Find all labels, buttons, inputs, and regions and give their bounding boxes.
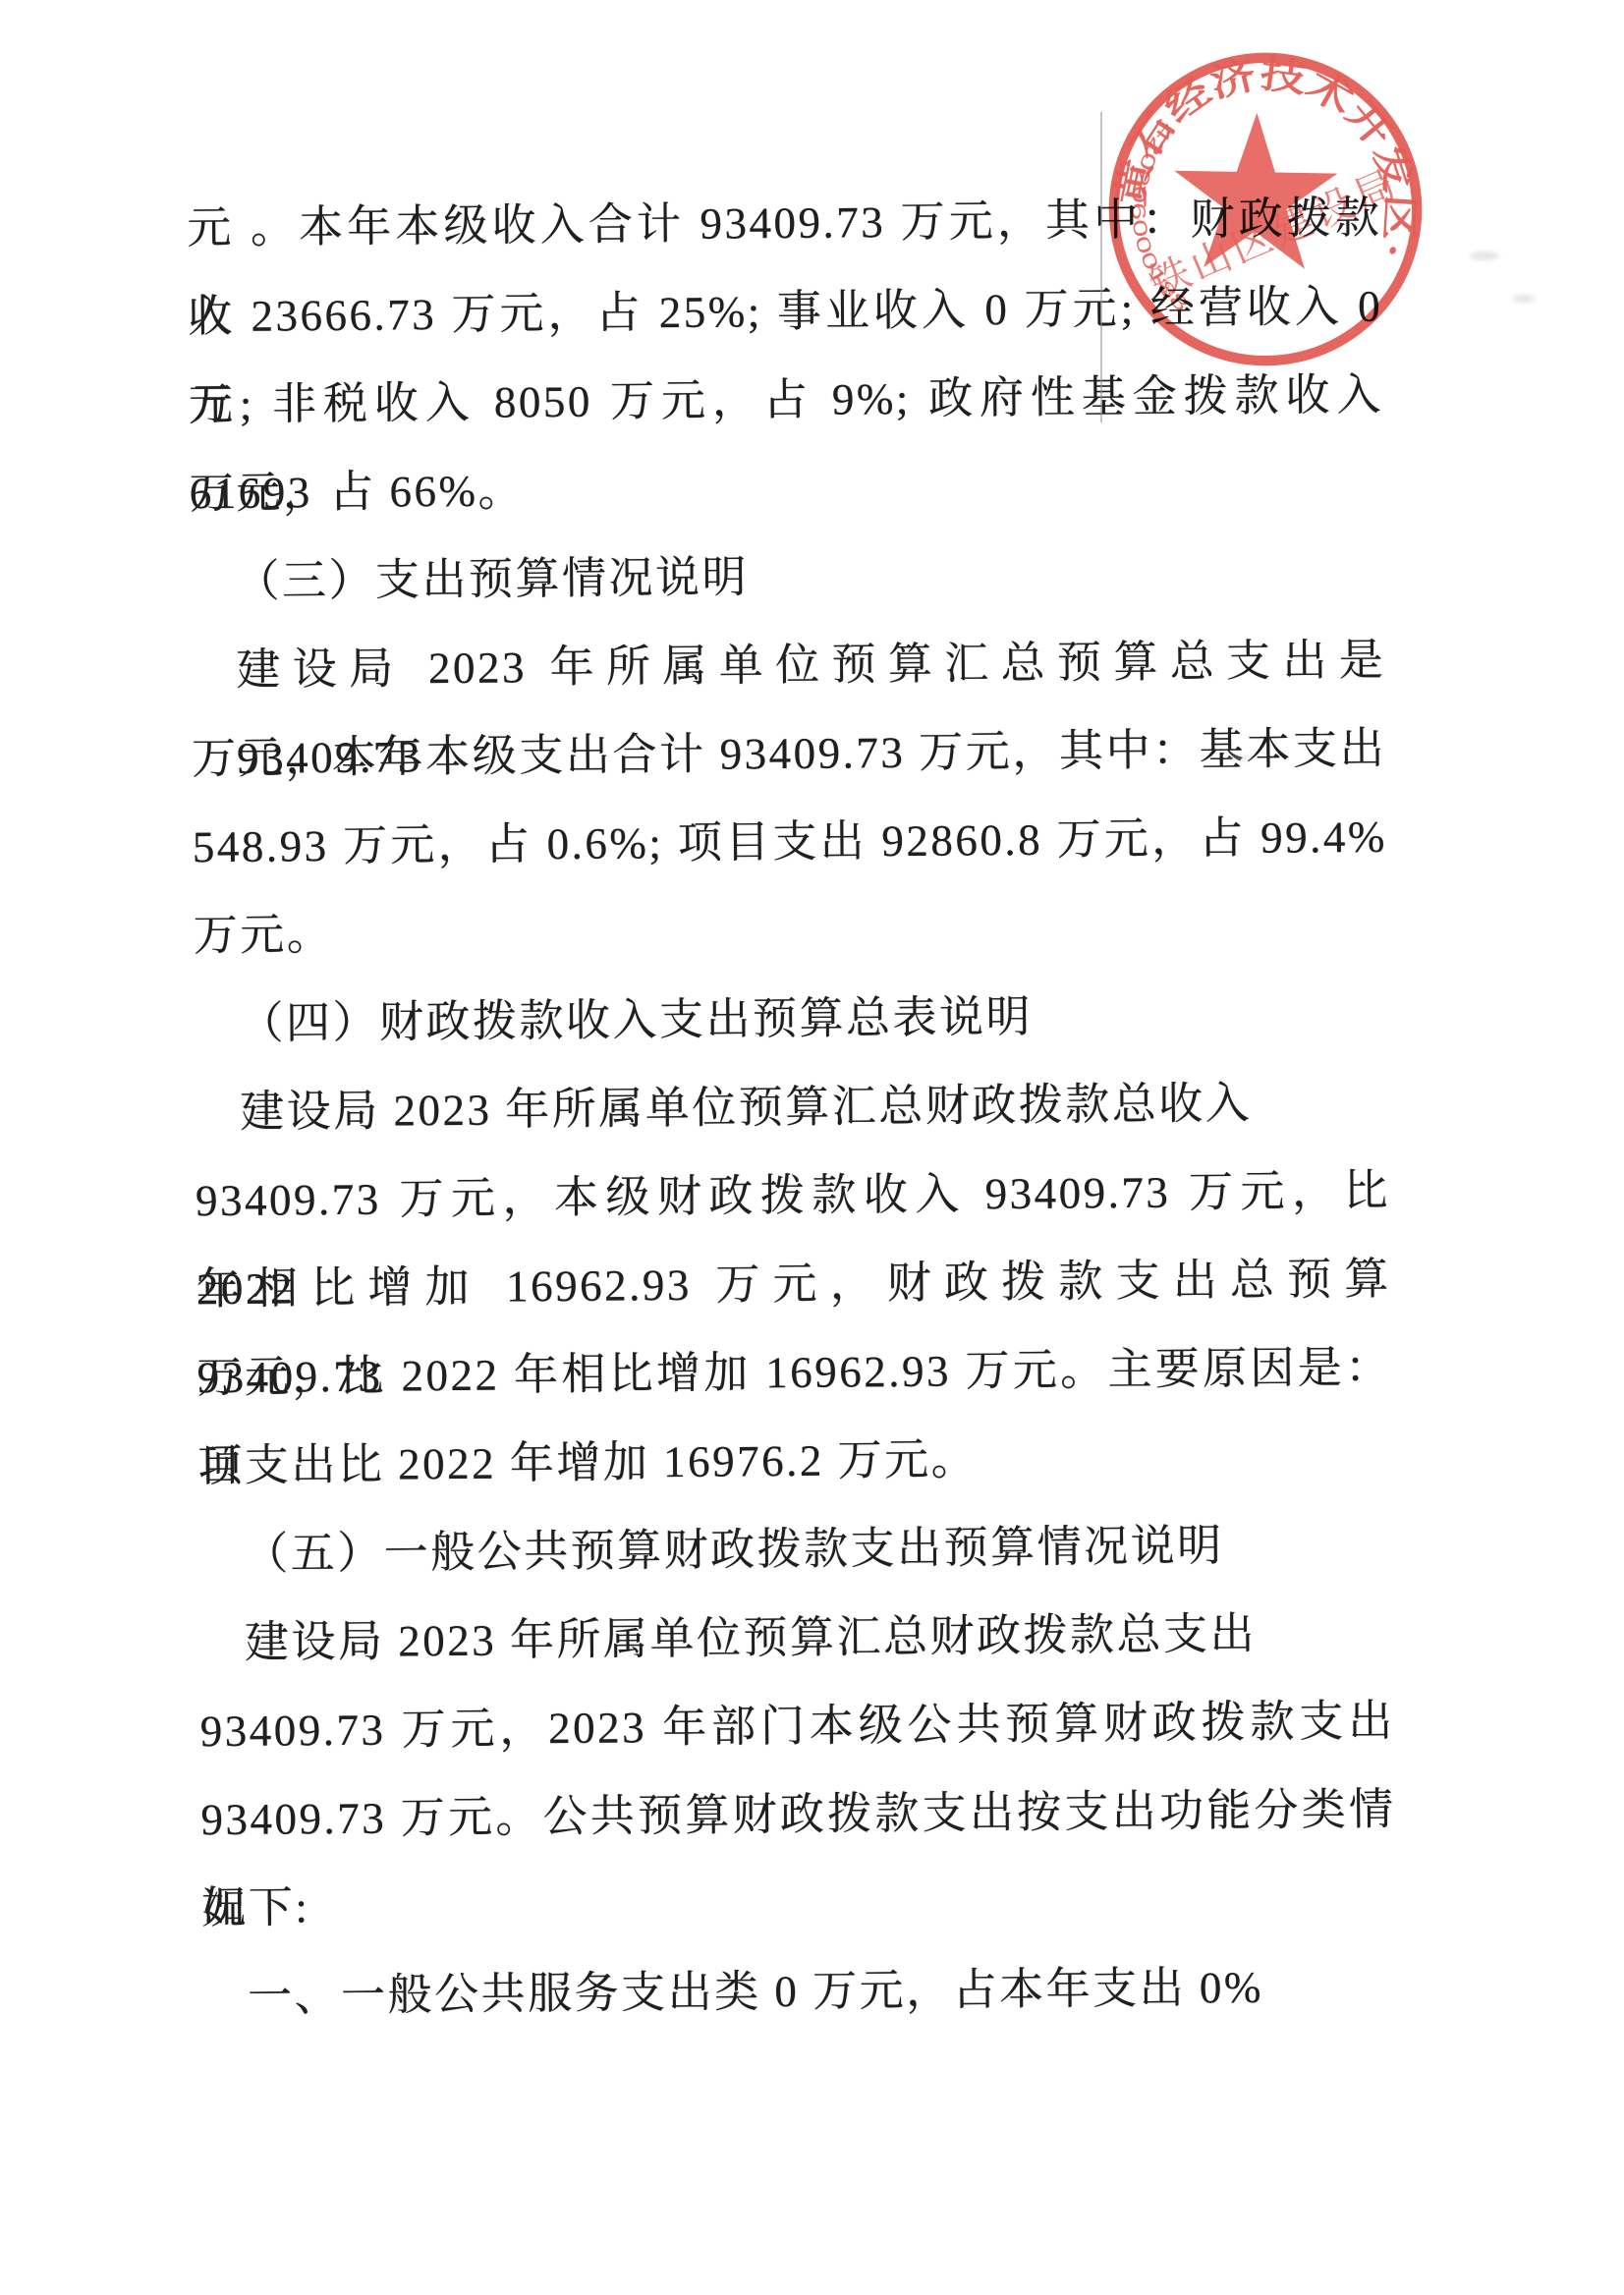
scan-speck [1226,755,1252,761]
doc-section-heading: （三）支出预算情况说明 [190,528,1385,627]
doc-line: 93409.73 万元。公共预算财政拨款支出按支出功能分类情况 [200,1765,1396,1865]
doc-line: 建设局 2023 年所属单位预算汇总财政拨款总收入 [195,1058,1390,1157]
scanned-document-page: 元 。本年本级收入合计 93409.73 万元，其中：财政拨款收 入 23666… [0,0,1624,2295]
doc-line: 万元，比 2022 年相比增加 16962.93 万元。主要原因是：项 [196,1323,1392,1423]
document-body: 元 。本年本级收入合计 93409.73 万元，其中：财政拨款收 入 23666… [187,174,1397,2042]
doc-line: 目支出比 2022 年增加 16976.2 万元。 [197,1412,1393,1511]
scan-artifact-line [1100,112,1102,422]
scan-speck [1470,252,1499,260]
doc-line: 一、一般公共服务支出类 0 万元，占本年支出 0% [202,1942,1398,2042]
scan-speck [1513,295,1535,303]
doc-line: 93409.73 万元，本级财政拨款收入 93409.73 万元，比 2022 [196,1147,1391,1246]
doc-line: 建设局 2023 年所属单位预算汇总财政拨款总支出 [199,1589,1395,1688]
doc-line: 93409.73 万元，2023 年部门本级公共预算财政拨款支出 [199,1677,1395,1776]
doc-line: 年相比增加 16962.93 万元，财政拨款支出总预算 93409.73 [196,1235,1391,1334]
doc-line: 如下: [201,1854,1397,1953]
doc-line: 万元，本年本级支出合计 93409.73 万元，其中：基本支出 [192,704,1387,804]
doc-line: 548.93 万元，占 0.6%; 项目支出 92860.8 万元，占 99.4… [193,793,1388,892]
doc-section-heading: （四）财政拨款收入支出预算总表说明 [194,970,1389,1069]
doc-line: 万元，占 66%。 [189,439,1384,538]
doc-line: 建设局 2023 年所属单位预算汇总预算总支出是 93409.73 [191,616,1386,715]
doc-line: 万元。 [193,881,1388,980]
doc-section-heading: （五）一般公共预算财政拨款支出预算情况说明 [198,1500,1394,1599]
